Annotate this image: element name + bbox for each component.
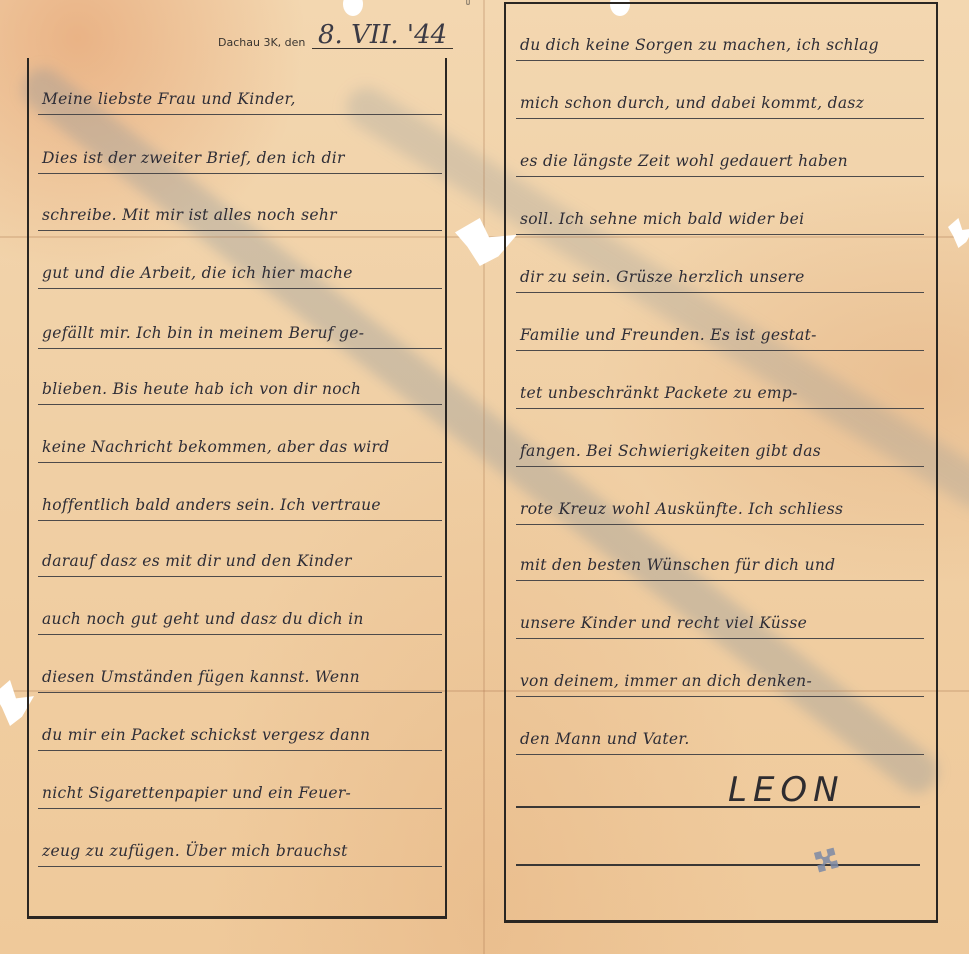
signature-line	[516, 806, 920, 808]
letter-line: mit den besten Wünschen für dich und	[516, 550, 924, 581]
letter-line: es die längste Zeit wohl gedauert haben	[516, 146, 924, 177]
printed-header: Dachau 3K, den	[218, 36, 305, 49]
letter-line: soll. Ich sehne mich bald wider bei	[516, 204, 924, 235]
letter-line: fangen. Bei Schwierigkeiten gibt das	[516, 436, 924, 467]
letter-line: du dich keine Sorgen zu machen, ich schl…	[516, 30, 924, 61]
letter-line: mich schon durch, und dabei kommt, dasz	[516, 88, 924, 119]
letter-line: darauf dasz es mit dir und den Kinder	[38, 546, 442, 577]
letter-line: keine Nachricht bekommen, aber das wird	[38, 432, 442, 463]
letter-line: Dies ist der zweiter Brief, den ich dir	[38, 143, 442, 174]
letter-line: gefällt mir. Ich bin in meinem Beruf ge-	[38, 318, 442, 349]
letter-line: Familie und Freunden. Es ist gestat-	[516, 320, 924, 351]
letter-line: rote Kreuz wohl Auskünfte. Ich schliess	[516, 494, 924, 525]
letter-date: 8. VII. '44	[312, 22, 453, 49]
signature: LEON	[728, 770, 845, 810]
letter-line: von deinem, immer an dich denken-	[516, 666, 924, 697]
letter-line: diesen Umständen fügen kannst. Wenn	[38, 662, 442, 693]
letter-line: schreibe. Mit mir ist alles noch sehr	[38, 200, 442, 231]
letter-line: nicht Sigarettenpapier und ein Feuer-	[38, 778, 442, 809]
letter-line: auch noch gut geht und dasz du dich in	[38, 604, 442, 635]
letter-line: zeug zu zufügen. Über mich brauchst	[38, 836, 442, 867]
corner-mark: ▯	[465, 0, 471, 7]
letter-line: tet unbeschränkt Packete zu emp-	[516, 378, 924, 409]
vertical-fold	[483, 0, 485, 954]
letter-line: du mir ein Packet schickst vergesz dann	[38, 720, 442, 751]
letter-line: hoffentlich bald anders sein. Ich vertra…	[38, 490, 442, 521]
letter-line: unsere Kinder und recht viel Küsse	[516, 608, 924, 639]
blank-line	[516, 864, 920, 866]
letter-line: dir zu sein. Grüsze herzlich unsere	[516, 262, 924, 293]
letter-line: gut und die Arbeit, die ich hier mache	[38, 258, 442, 289]
letter-line: Meine liebste Frau und Kinder,	[38, 84, 442, 115]
letter-line: blieben. Bis heute hab ich von dir noch	[38, 374, 442, 405]
letter-line: den Mann und Vater.	[516, 724, 924, 755]
